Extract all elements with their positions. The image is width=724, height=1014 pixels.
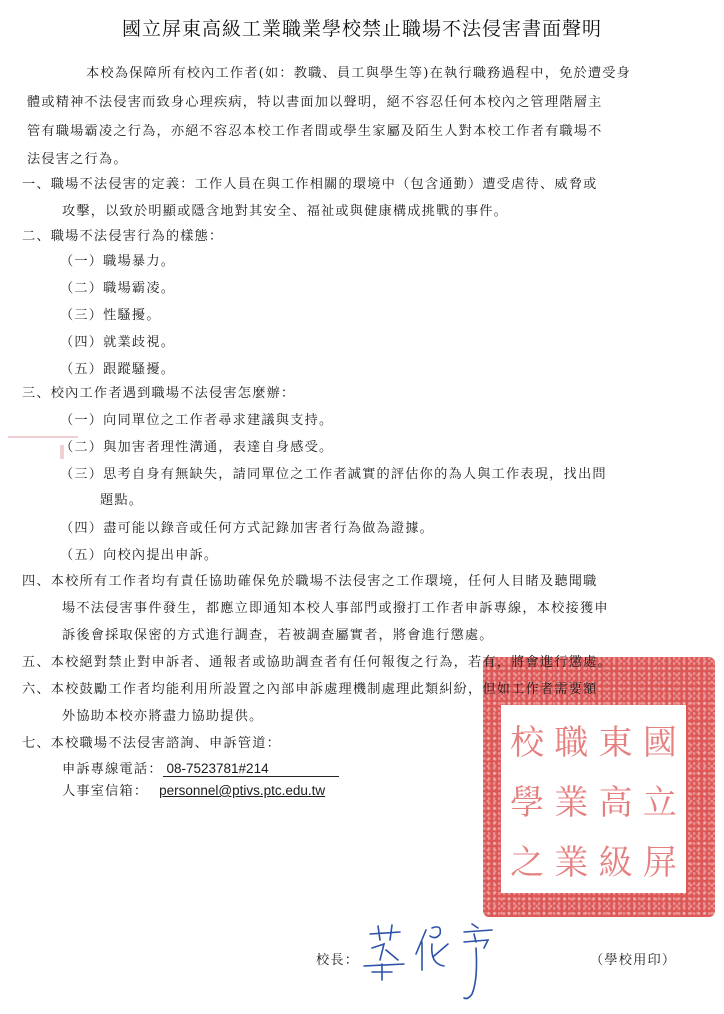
email-row: 人事室信箱： personnel@ptivs.ptc.edu.tw [62,780,325,799]
seal-character: 職 [551,711,591,767]
scan-speckle [60,445,64,459]
intro-line-3: 管有職場霸凌之行為，亦絕不容忍本校工作者間或學生家屬及陌生人對本校工作者有職場不 [27,120,603,139]
section-2-item-5: （五）跟蹤騷擾。 [60,358,175,377]
seal-character: 學 [507,771,547,827]
section-4-line-2: 場不法侵害事件發生，都應立即通知本校人事部門或撥打工作者申訴專線，本校接獲申 [62,597,609,616]
section-2-item-4: （四）就業歧視。 [60,331,175,350]
section-3-heading: 三、校內工作者遇到職場不法侵害怎麼辦： [22,382,295,401]
seal-character: 之 [507,831,547,887]
hotline-label: 申訴專線電話： [62,762,163,777]
section-1-line-1: 一、職場不法侵害的定義：工作人員在與工作相關的環境中（包含通勤）遭受虐待、威脅或 [22,173,598,192]
email-link[interactable]: personnel@ptivs.ptc.edu.tw [159,783,325,798]
section-2-heading: 二、職場不法侵害行為的樣態： [22,225,223,244]
section-5-line-1: 五、本校絕對禁止對申訴者、通報者或協助調查者有任何報復之行為，若有，將會進行懲處… [22,651,612,670]
section-7-heading: 七、本校職場不法侵害諮詢、申訴管道： [22,732,281,751]
hotline-value: 08-7523781#214 [163,761,339,777]
seal-character: 校 [507,711,547,767]
seal-character: 國 [640,711,680,767]
section-2-item-2: （二）職場霸凌。 [60,277,175,296]
seal-character: 立 [640,771,680,827]
declaration-document: 國立屏東高級工業職業學校禁止職場不法侵害書面聲明 本校為保障所有校內工作者(如：… [0,0,724,1014]
section-4-line-1: 四、本校所有工作者均有責任協助確保免於職場不法侵害之工作環境，任何人目睹及聽聞職 [22,570,598,589]
seal-inner-field: 校 職 東 國 學 業 高 立 之 業 級 屏 [501,705,686,893]
seal-character: 業 [551,831,591,887]
section-3-item-3-cont: 題點。 [100,489,143,508]
document-title: 國立屏東高級工業職業學校禁止職場不法侵害書面聲明 [0,14,724,41]
section-3-item-1: （一）向同單位之工作者尋求建議與支持。 [60,409,333,428]
intro-line-4: 法侵害之行為。 [27,148,128,167]
section-3-item-3: （三）思考自身有無缺失，請同單位之工作者誠實的評估你的為人與工作表現，找出問 [60,463,607,482]
section-1-line-2: 攻擊，以致於明顯或隱含地對其安全、福祉或與健康構成挑戰的事件。 [62,200,508,219]
hotline-number: 08-7523781#214 [166,761,268,776]
section-4-line-3: 訴後會採取保密的方式進行調查，若被調查屬實者，將會進行懲處。 [62,624,494,643]
intro-line-2: 體或精神不法侵害而致身心理疾病，特以書面加以聲明，絕不容忍任何本校內之管理階層主 [27,91,603,110]
seal-character: 級 [596,831,636,887]
section-6-line-2: 外協助本校亦將盡力協助提供。 [62,705,263,724]
section-6-line-1: 六、本校鼓勵工作者均能利用所設置之內部申訴處理機制處理此類糾紛，但如工作者需要額 [22,678,598,697]
seal-character: 屏 [640,831,680,887]
section-2-item-1: （一）職場暴力。 [60,250,175,269]
principal-signature-icon [360,920,520,1010]
section-3-item-2: （二）與加害者理性溝通，表達自身感受。 [60,436,333,455]
section-3-item-5: （五）向校內提出申訴。 [60,544,218,563]
seal-character: 業 [551,771,591,827]
email-label: 人事室信箱： [62,784,148,799]
intro-line-1: 本校為保障所有校內工作者(如：教職、員工與學生等)在執行職務過程中，免於遭受身 [86,62,631,81]
hotline-row: 申訴專線電話： 08-7523781#214 [62,758,339,777]
section-3-item-4: （四）盡可能以錄音或任何方式記錄加害者行為做為證據。 [60,517,434,536]
seal-character: 高 [596,771,636,827]
scan-speckle [8,436,78,438]
principal-label: 校長： [316,949,359,968]
seal-note: （學校用印） [590,949,676,968]
seal-character: 東 [596,711,636,767]
section-2-item-3: （三）性騷擾。 [60,304,161,323]
